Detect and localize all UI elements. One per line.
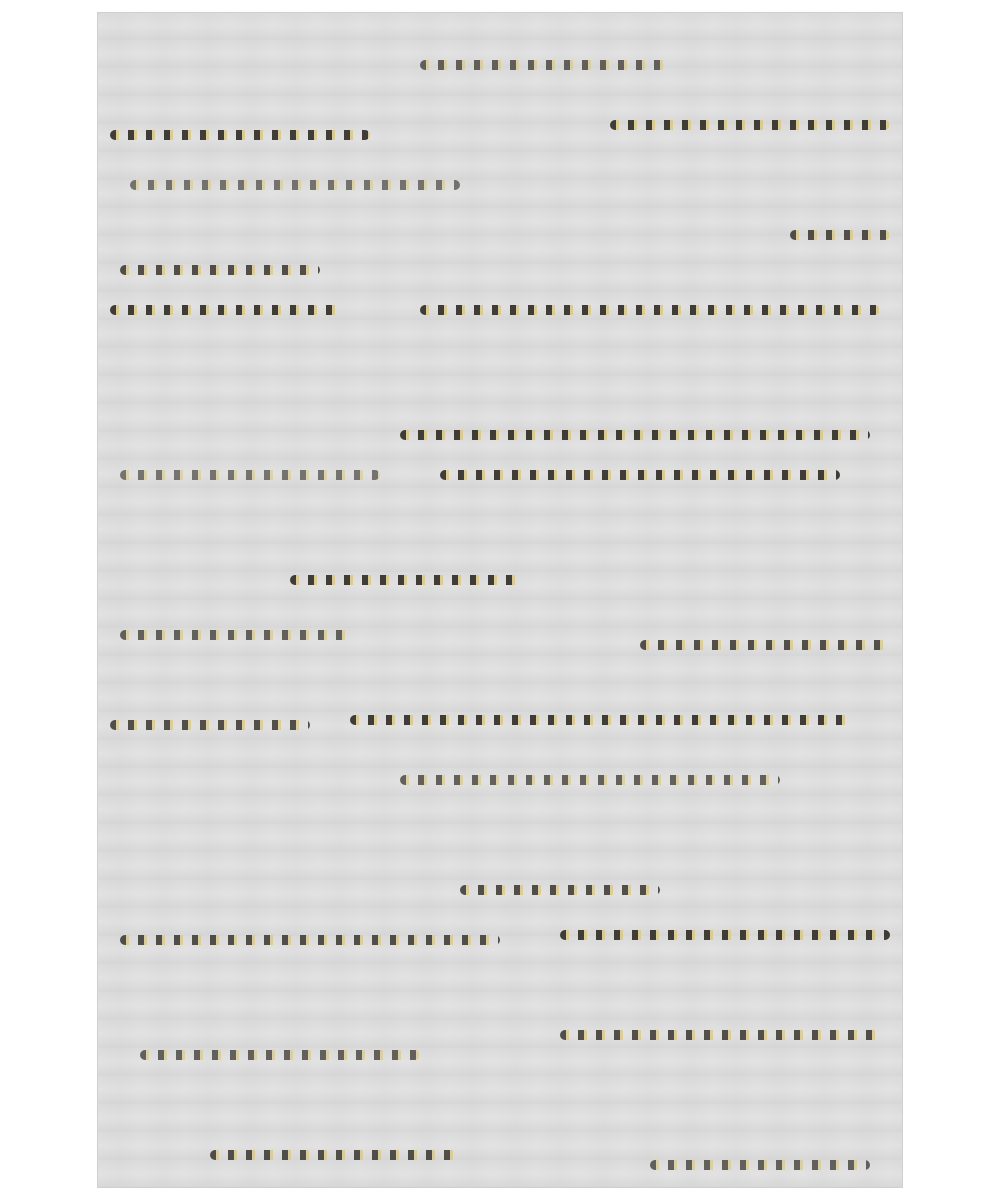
pattern-band — [210, 1150, 460, 1160]
pattern-band — [610, 120, 890, 130]
pattern-band — [110, 720, 310, 730]
pattern-band — [120, 265, 320, 275]
rug-image — [97, 12, 903, 1188]
pattern-band — [350, 715, 850, 725]
pattern-band — [560, 930, 890, 940]
pattern-band — [110, 130, 370, 140]
pattern-band — [130, 180, 460, 190]
pattern-band — [120, 935, 500, 945]
pattern-band — [400, 430, 870, 440]
pattern-band — [400, 775, 780, 785]
pattern-band — [120, 470, 380, 480]
pattern-band — [640, 640, 890, 650]
pattern-band — [140, 1050, 420, 1060]
pattern-band — [420, 60, 670, 70]
pattern-band — [440, 470, 840, 480]
pattern-band — [290, 575, 520, 585]
pattern-band — [790, 230, 890, 240]
pattern-band — [120, 630, 350, 640]
pattern-band — [110, 305, 340, 315]
pattern-band — [650, 1160, 870, 1170]
pattern-band — [560, 1030, 880, 1040]
pattern-band — [460, 885, 660, 895]
pattern-band — [420, 305, 880, 315]
